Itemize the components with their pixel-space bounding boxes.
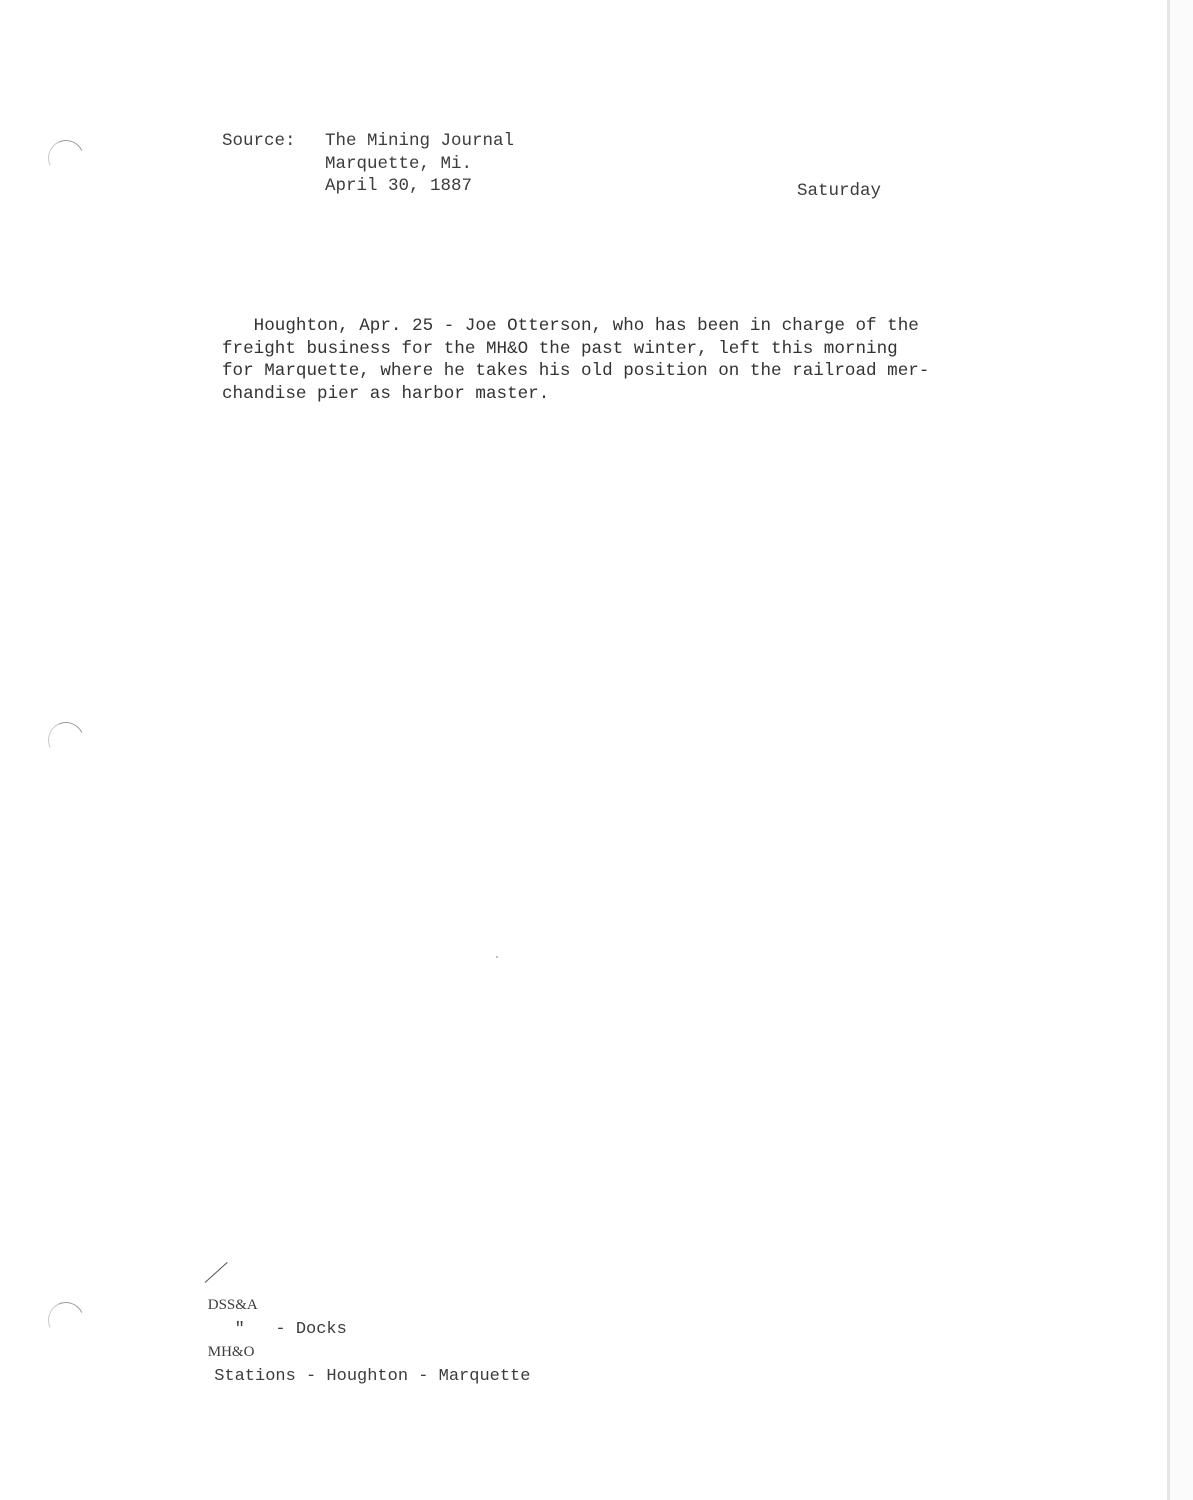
source-label: Source: [222, 130, 296, 153]
source-details: The Mining JournalMarquette, Mi.April 30… [325, 130, 514, 198]
source-publication: The Mining Journal [325, 130, 514, 153]
page-margin [1170, 0, 1193, 1500]
scan-speck [496, 956, 498, 958]
article-line: freight business for the MH&O the past w… [222, 338, 929, 361]
article-line: for Marquette, where he takes his old po… [222, 360, 929, 383]
hole-punch-mark [43, 1297, 89, 1343]
weekday: Saturday [797, 180, 881, 203]
hole-punch-mark [43, 717, 89, 763]
check-mark [205, 1262, 228, 1283]
source-location: Marquette, Mi. [325, 153, 514, 176]
article-line: chandise pier as harbor master. [222, 383, 929, 406]
index-term: " - Docks [204, 1318, 530, 1342]
index-terms: DSS&A " - Docks MH&O Stations - Houghton… [204, 1294, 530, 1388]
article-body: Houghton, Apr. 25 - Joe Otterson, who ha… [222, 315, 929, 406]
page-edge [1167, 0, 1170, 1500]
article-line: Houghton, Apr. 25 - Joe Otterson, who ha… [222, 315, 929, 338]
index-term: Stations - Houghton - Marquette [204, 1365, 530, 1389]
index-term: MH&O [204, 1341, 530, 1365]
index-term: DSS&A [204, 1294, 530, 1318]
source-date: April 30, 1887 [325, 175, 514, 198]
hole-punch-mark [43, 135, 89, 181]
